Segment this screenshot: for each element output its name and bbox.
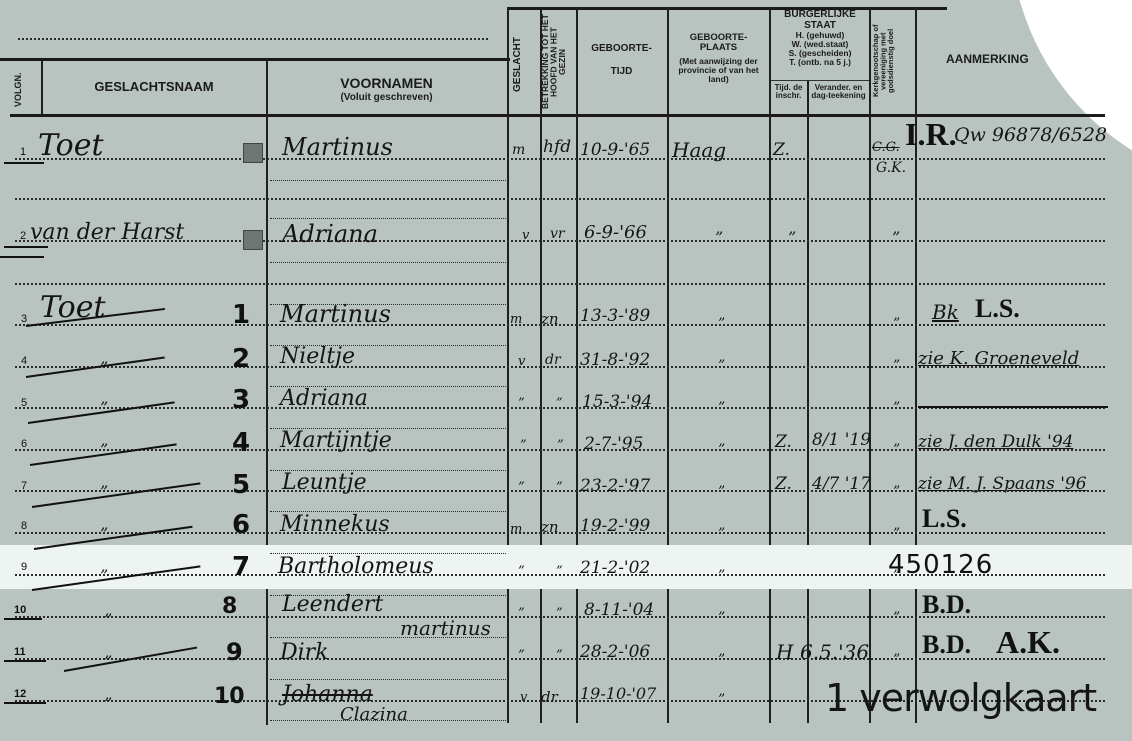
header-geboortetijd-line2: TIJD xyxy=(576,67,667,78)
surname-ditto: ” xyxy=(100,358,108,377)
relation: dr xyxy=(545,352,561,368)
sex: ” xyxy=(518,480,525,495)
remark-stamp-ak: A.K. xyxy=(996,624,1060,661)
church: ” xyxy=(893,484,900,500)
church: ” xyxy=(893,358,900,374)
relation: ” xyxy=(557,438,564,453)
row-number: 2 xyxy=(20,230,26,242)
given-name: Adriana xyxy=(282,220,378,248)
top-dotted-rule xyxy=(18,38,488,40)
child-number: 6 xyxy=(232,510,250,540)
sex: ” xyxy=(520,438,527,453)
birth-place: ” xyxy=(718,484,725,500)
header-geboorteplaats-line2: PLAATS xyxy=(668,43,769,53)
birth-date: 23-2-'97 xyxy=(580,476,650,496)
header-volgnr: VOLGN. xyxy=(14,70,23,110)
strikethrough xyxy=(32,482,201,508)
surname-ditto: ” xyxy=(100,440,108,459)
birth-date: 21-2-'02 xyxy=(580,558,650,578)
surname-ditto: ” xyxy=(104,694,112,713)
birth-date: 2-7-'95 xyxy=(584,434,643,454)
church: ” xyxy=(892,228,900,247)
sex: m xyxy=(512,142,525,158)
row-number-underline xyxy=(4,702,46,704)
birth-place: ” xyxy=(715,228,723,247)
header-geboortetijd: GEBOORTE- TIJD xyxy=(576,44,667,77)
surname-ditto: ” xyxy=(100,398,108,417)
remark-stamp: L.S. xyxy=(922,504,967,534)
remark-handwritten: zie K. Groeneveld xyxy=(918,348,1079,369)
remark-stamp: L.S. xyxy=(975,294,1020,324)
birth-place: Haag xyxy=(672,138,726,162)
sex: m xyxy=(510,522,522,537)
child-number: 1 xyxy=(232,300,250,330)
birth-date: 31-8-'92 xyxy=(580,350,650,370)
civil-status-change: 8/1 '19 xyxy=(812,430,871,450)
row-number: 1 xyxy=(20,146,26,158)
church: ” xyxy=(893,652,900,668)
header-bs-title: BURGERLIJKE STAAT xyxy=(770,10,870,31)
surname-ditto: ” xyxy=(104,610,112,629)
birth-place: ” xyxy=(718,568,725,584)
church: C.G. xyxy=(872,140,900,155)
birth-place: ” xyxy=(718,400,725,416)
birth-date: 6-9-'66 xyxy=(584,222,647,243)
header-kerkgenootschap: Kerkgenootschap of vereeniging met godsd… xyxy=(872,12,914,110)
child-number: 3 xyxy=(232,385,250,415)
remark-strikeline xyxy=(918,406,1108,408)
child-number: 4 xyxy=(232,428,250,458)
top-rule xyxy=(0,58,510,61)
relation: zn xyxy=(541,310,559,328)
child-number: 2 xyxy=(232,344,250,374)
civil-status-change: 6.5.'36 xyxy=(800,640,869,664)
remark-stamp-number: 450126 xyxy=(888,550,993,580)
given-name-line2: martinus xyxy=(400,616,491,640)
birth-date: 15-3-'94 xyxy=(582,392,652,412)
family-registration-card: VOLGN. GESLACHTSNAAM VOORNAMEN (Voluit g… xyxy=(0,0,1132,741)
header-step-line xyxy=(507,7,509,61)
given-name: Bartholomeus xyxy=(278,554,434,579)
row-number: 6 xyxy=(21,438,27,450)
civil-status-tijd: ” xyxy=(788,228,796,247)
civil-status-tijd: H xyxy=(776,640,793,664)
header-voornamen-sub: (Voluit geschreven) xyxy=(266,93,507,104)
given-name: Martijntje xyxy=(280,428,392,453)
child-number: 7 xyxy=(232,552,250,582)
relation: ” xyxy=(556,480,563,495)
row-number-underline xyxy=(4,618,42,620)
row-number: 5 xyxy=(21,397,27,409)
civil-status-change: 4/7 '17 xyxy=(812,474,871,494)
header-geboorteplaats: GEBOORTE- PLAATS (Met aanwijzing der pro… xyxy=(668,33,769,84)
given-name-line1: Leendert xyxy=(282,592,383,617)
remark-handwritten: zie J. den Dulk '94 xyxy=(918,432,1073,452)
row-number: 3 xyxy=(21,313,27,325)
given-name: Martinus xyxy=(280,300,391,328)
header-top-rule xyxy=(507,7,947,10)
header-geboorteplaats-sub: (Met aanwijzing der provincie of van het… xyxy=(668,57,769,84)
given-name: Martinus xyxy=(282,133,393,161)
surname-ditto: ” xyxy=(100,566,108,585)
row-number-underline xyxy=(4,660,46,662)
church-note: G.K. xyxy=(876,160,906,176)
birth-place: ” xyxy=(718,316,725,332)
header-bs-t: T. (ontb. na 5 j.) xyxy=(770,58,870,67)
church: ” xyxy=(893,610,900,626)
child-number: 5 xyxy=(232,470,250,500)
row-number: 12 xyxy=(14,688,26,700)
sex: ” xyxy=(518,564,525,579)
civil-status-tijd: Z. xyxy=(773,140,790,160)
sex: m xyxy=(510,312,522,327)
relation: hfd xyxy=(543,137,571,157)
header-voornamen-title: VOORNAMEN xyxy=(266,76,507,91)
church: ” xyxy=(893,400,900,416)
remark-handwritten: Bk xyxy=(932,300,959,324)
given-name: Leuntje xyxy=(282,470,367,495)
row-number-underline xyxy=(4,246,48,248)
header-voornamen: VOORNAMEN (Voluit geschreven) xyxy=(266,76,507,103)
remark-handwritten: zie M. J. Spaans '96 xyxy=(918,474,1087,494)
relation: ” xyxy=(556,648,563,663)
remark-handwritten: Qw 96878/6528 xyxy=(954,124,1107,146)
sex: ” xyxy=(518,606,525,621)
civil-status-tijd: Z. xyxy=(775,432,792,452)
relation: zn xyxy=(541,518,559,536)
given-name: Adriana xyxy=(280,386,368,411)
child-number: 10 xyxy=(214,684,245,709)
header-geboortetijd-line1: GEBOORTE- xyxy=(576,44,667,55)
sex: ” xyxy=(518,396,525,411)
birth-place: ” xyxy=(718,610,725,626)
given-name: Nieltje xyxy=(280,344,355,369)
child-number: 9 xyxy=(226,638,243,666)
remark-stamp: B.D. xyxy=(922,590,971,620)
row-number: 8 xyxy=(21,520,27,532)
surname: van der Harst xyxy=(30,220,184,245)
relation: ” xyxy=(556,606,563,621)
header-bs-verander: Verander. en dag-teekening xyxy=(808,84,869,101)
checkbox-stamp xyxy=(243,230,263,250)
torn-corner xyxy=(1010,0,1132,190)
relation: ” xyxy=(556,396,563,411)
header-betrekking: BETREKKING TOT HET HOOFD VAN HET GEZIN xyxy=(541,14,575,110)
col-line-tijd xyxy=(807,80,809,723)
birth-place: ” xyxy=(718,652,725,668)
bs-split-line xyxy=(771,80,869,81)
child-number: 8 xyxy=(222,594,237,619)
given-name-line2: Clazina xyxy=(340,704,408,725)
civil-status-tijd: Z. xyxy=(775,474,792,494)
birth-place: ” xyxy=(718,692,725,708)
birth-date: 13-3-'89 xyxy=(580,306,650,326)
sex: ” xyxy=(518,648,525,663)
remark-stamp: I.R. xyxy=(905,116,957,153)
relation: vr xyxy=(550,226,565,242)
row-number: 7 xyxy=(21,480,27,492)
birth-place: ” xyxy=(718,358,725,374)
birth-place: ” xyxy=(718,526,725,542)
church: ” xyxy=(893,526,900,542)
row-number: 4 xyxy=(21,355,27,367)
given-name: Minnekus xyxy=(280,512,390,537)
row-number: 11 xyxy=(14,646,26,658)
relation: dr xyxy=(541,688,558,706)
church: ” xyxy=(893,316,900,332)
relation: ” xyxy=(556,564,563,579)
sex: v xyxy=(522,228,529,243)
checkbox-stamp xyxy=(243,143,263,163)
given-name: Dirk xyxy=(280,640,329,665)
remark-stamp-bd: B.D. xyxy=(922,630,971,660)
row-number: 9 xyxy=(21,561,27,573)
verwolgkaart-note: 1 verwolgkaart xyxy=(825,676,1096,720)
surname: Toet xyxy=(38,128,104,163)
birth-date: 19-2-'99 xyxy=(580,516,650,536)
header-geslacht: GESLACHT xyxy=(513,30,523,100)
row-number: 10 xyxy=(14,604,26,616)
sex: v xyxy=(518,354,525,369)
birth-date: 10-9-'65 xyxy=(580,140,650,160)
sex: v xyxy=(520,690,527,705)
header-bs-tijd: Tijd. de inschr. xyxy=(770,84,807,101)
birth-date: 19-10-'07 xyxy=(580,684,656,703)
church: ” xyxy=(893,442,900,458)
header-geslachtsnaam: GESLACHTSNAAM xyxy=(42,80,266,94)
birth-date: 8-11-'04 xyxy=(584,600,654,620)
header-aanmerking: AANMERKING xyxy=(946,53,1132,66)
header-burgerlijke-staat: BURGERLIJKE STAAT H. (gehuwd) W. (wed.st… xyxy=(770,10,870,67)
row-number-underline xyxy=(0,256,44,258)
birth-date: 28-2-'06 xyxy=(580,642,650,662)
birth-place: ” xyxy=(718,442,725,458)
